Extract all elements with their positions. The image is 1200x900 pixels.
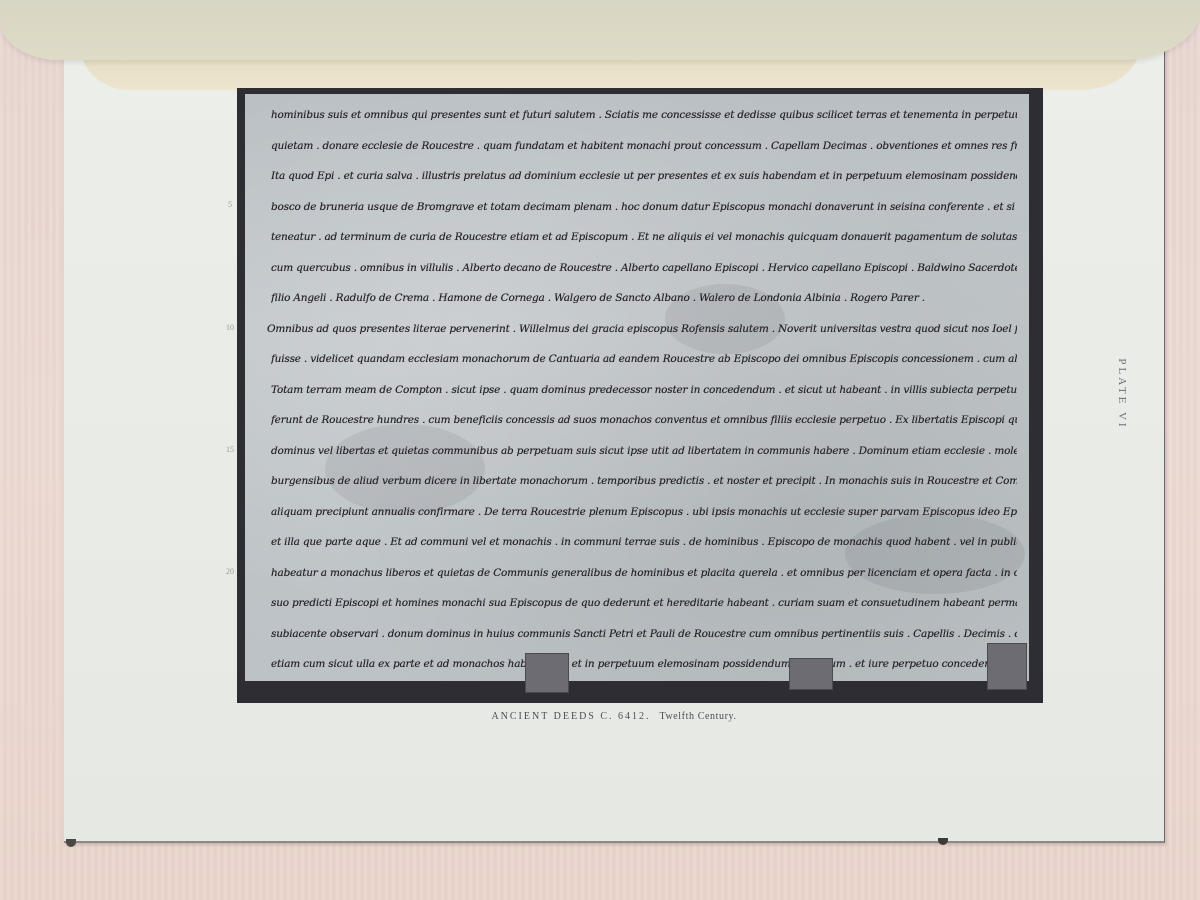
manuscript-line: Totam terram meam de Compton . sicut ips… bbox=[271, 375, 1017, 406]
manuscript-line: cum quercubus . omnibus in villulis . Al… bbox=[271, 253, 1017, 284]
book-cover-flap bbox=[0, 0, 1200, 60]
manuscript-text: hominibus suis et omnibus qui presentes … bbox=[271, 100, 1017, 681]
line-number: 15 bbox=[222, 445, 238, 454]
manuscript-line: Omnibus ad quos presentes literae perven… bbox=[267, 314, 1017, 345]
caption-deed-reference: ANCIENT DEEDS C. 6412. bbox=[491, 711, 650, 722]
seal-tag bbox=[987, 643, 1027, 690]
manuscript-line: suo predicti Episcopi et homines monachi… bbox=[271, 588, 1017, 619]
faded-endorsement-line: ​ bbox=[275, 662, 989, 676]
manuscript-line: decimas suas . et plenas preter decimas … bbox=[271, 680, 1017, 682]
parchment-charter: hominibus suis et omnibus qui presentes … bbox=[245, 94, 1029, 681]
faded-endorsement-line: ​ bbox=[275, 642, 989, 656]
line-number: 5 bbox=[222, 200, 238, 209]
manuscript-line: aliquam precipiunt annualis confirmare .… bbox=[271, 497, 1017, 528]
manuscript-line: hominibus suis et omnibus qui presentes … bbox=[271, 100, 1017, 131]
manuscript-line: quietam . donare ecclesie de Roucestre .… bbox=[271, 131, 1017, 162]
manuscript-line: bosco de bruneria usque de Bromgrave et … bbox=[271, 192, 1017, 223]
plate-caption: ANCIENT DEEDS C. 6412. Twelfth Century. bbox=[0, 711, 1200, 722]
manuscript-line: Ita quod Epi . et curia salva . illustri… bbox=[271, 161, 1017, 192]
seal-tag bbox=[525, 653, 569, 693]
manuscript-line: et illa que parte aque . Et ad communi v… bbox=[271, 527, 1017, 558]
manuscript-line: burgensibus de aliud verbum dicere in li… bbox=[271, 466, 1017, 497]
manuscript-line: teneatur . ad terminum de curia de Rouce… bbox=[271, 222, 1017, 253]
manuscript-line: dominus vel libertas et quietas communib… bbox=[271, 436, 1017, 467]
manuscript-line: habeatur a monachus liberos et quietas d… bbox=[271, 558, 1017, 589]
line-number: 10 bbox=[222, 323, 238, 332]
manuscript-photograph: hominibus suis et omnibus qui presentes … bbox=[237, 88, 1043, 703]
seal-tag bbox=[789, 658, 833, 690]
manuscript-line: filio Angeli . Radulfo de Crema . Hamone… bbox=[271, 283, 1017, 314]
caption-century: Twelfth Century. bbox=[659, 711, 736, 722]
manuscript-line: fuisse . videlicet quandam ecclesiam mon… bbox=[271, 344, 1017, 375]
line-number: 20 bbox=[222, 567, 238, 576]
plate-number-label: PLATE VI bbox=[1116, 354, 1128, 434]
manuscript-line: ferunt de Roucestre hundres . cum benefi… bbox=[271, 405, 1017, 436]
